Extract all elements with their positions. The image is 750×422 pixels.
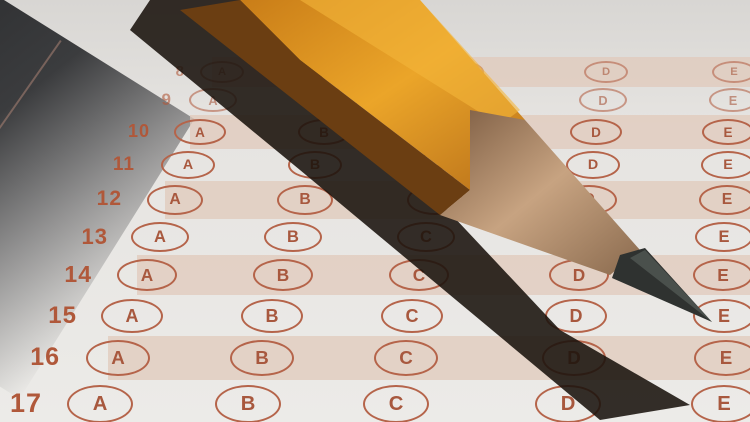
answer-bubble-d[interactable]: D (549, 259, 609, 291)
answer-bubble-b[interactable]: B (311, 88, 359, 112)
answer-bubble-c[interactable]: C (363, 385, 429, 422)
answer-bubble-c[interactable]: C (433, 88, 481, 112)
answer-bubble-e[interactable]: E (701, 151, 750, 179)
answer-bubble-d[interactable]: D (566, 151, 620, 179)
answer-bubble-d[interactable]: D (542, 340, 606, 376)
answer-bubble-b[interactable]: B (320, 61, 364, 83)
question-number: 15 (27, 302, 77, 330)
answer-bubble-b[interactable]: B (288, 151, 342, 179)
answer-bubble-b[interactable]: B (241, 299, 303, 333)
question-number: 8 (135, 63, 185, 80)
answer-bubble-d[interactable]: D (570, 119, 622, 145)
answer-bubble-a[interactable]: A (131, 222, 189, 252)
answer-bubble-c[interactable]: C (389, 259, 449, 291)
question-number: 11 (85, 154, 135, 176)
question-number: 10 (100, 121, 150, 142)
answer-bubble-a[interactable]: A (174, 119, 226, 145)
answer-bubble-c[interactable]: C (422, 119, 474, 145)
answer-bubble-c[interactable]: C (407, 185, 463, 215)
question-number: 13 (58, 224, 108, 250)
answer-bubble-a[interactable]: A (117, 259, 177, 291)
answer-bubble-e[interactable]: E (694, 340, 750, 376)
answer-bubble-b[interactable]: B (215, 385, 281, 422)
question-number: 17 (0, 388, 42, 419)
answer-bubble-c[interactable]: C (397, 222, 455, 252)
answer-bubble-a[interactable]: A (101, 299, 163, 333)
answer-bubble-a[interactable]: A (161, 151, 215, 179)
answer-bubble-a[interactable]: A (200, 61, 244, 83)
answer-bubble-a[interactable]: A (67, 385, 133, 422)
answer-bubble-d[interactable]: D (545, 299, 607, 333)
answer-bubble-d[interactable]: D (561, 185, 617, 215)
answer-bubble-b[interactable]: B (253, 259, 313, 291)
answer-bubble-b[interactable]: B (298, 119, 350, 145)
answer-bubble-b[interactable]: B (264, 222, 322, 252)
answer-bubble-e[interactable]: E (691, 385, 750, 422)
answer-bubble-e[interactable]: E (695, 222, 750, 252)
answer-bubble-e[interactable]: E (702, 119, 750, 145)
question-number: 9 (122, 90, 172, 110)
answer-bubble-c[interactable]: C (415, 151, 469, 179)
question-number: 12 (72, 187, 122, 211)
answer-bubble-d[interactable]: D (584, 61, 628, 83)
photo-scene: 8ABCDE9ABCDE10ABCDE11ABCDE12ABCDE13ABCDE… (0, 0, 750, 422)
answer-bubble-a[interactable]: A (189, 88, 237, 112)
answer-bubble-c[interactable]: C (374, 340, 438, 376)
answer-bubble-c[interactable]: C (440, 61, 484, 83)
question-number: 14 (42, 261, 92, 288)
answer-bubble-b[interactable]: B (230, 340, 294, 376)
answer-bubble-b[interactable]: B (277, 185, 333, 215)
answer-bubble-d[interactable]: D (535, 385, 601, 422)
answer-bubble-e[interactable]: E (709, 88, 750, 112)
answer-bubble-a[interactable]: A (86, 340, 150, 376)
answer-bubble-a[interactable]: A (147, 185, 203, 215)
answer-bubble-c[interactable]: C (381, 299, 443, 333)
answer-bubble-e[interactable]: E (693, 299, 750, 333)
question-number: 16 (10, 343, 60, 372)
answer-bubble-e[interactable]: E (699, 185, 750, 215)
answer-bubble-e[interactable]: E (712, 61, 750, 83)
answer-bubble-d[interactable]: D (554, 222, 612, 252)
answer-bubble-e[interactable]: E (693, 259, 750, 291)
answer-bubble-d[interactable]: D (579, 88, 627, 112)
